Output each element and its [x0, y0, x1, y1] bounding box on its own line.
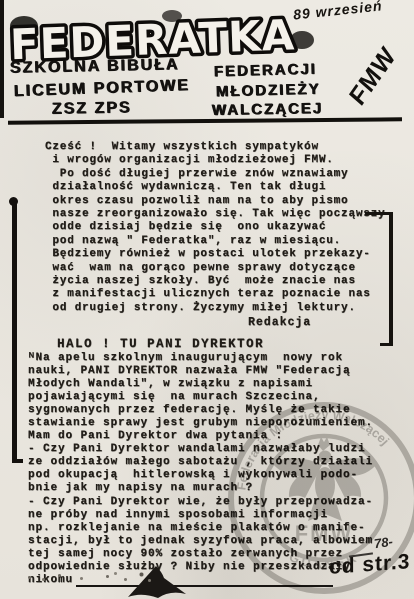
handwritten-page-number: 78-: [373, 534, 394, 551]
issue-date-note: 89 wrzesień: [292, 0, 383, 23]
article-heading: HALO ! TU PANI DYREKTOR: [57, 337, 264, 351]
scanned-newsletter-page: { "colors": { "paper": "#ebe7e0", "ink":…: [0, 0, 414, 599]
masthead-left-line-1: SZKOLNA BIBUŁA: [10, 56, 180, 78]
left-margin-line: [12, 204, 17, 462]
right-margin-bracket-hook: [365, 212, 392, 215]
smudge-dots: [28, 576, 31, 579]
masthead-left-line-2: LICEUM PORTOWE: [14, 77, 191, 101]
ink-blob: [126, 564, 190, 599]
intro-paragraph: Cześć ! Witamy wszystkich sympatyków i w…: [45, 141, 385, 315]
right-margin-bracket: [389, 212, 393, 346]
fmw-badge: FMW: [344, 41, 402, 111]
masthead-right-line-2: MŁODZIEŻY: [216, 81, 321, 101]
stamp-center-text: FMW: [295, 521, 354, 546]
masthead-right-line-3: WALCZĄCEJ: [212, 100, 324, 119]
masthead-right-line-1: FEDERACJI: [214, 61, 317, 81]
masthead-left-line-3: ZSZ ZPS: [52, 99, 132, 118]
right-margin-bracket-tick: [380, 343, 392, 346]
left-margin-line-foot: [12, 459, 23, 463]
editorial-signature: Redakcja: [248, 316, 311, 329]
